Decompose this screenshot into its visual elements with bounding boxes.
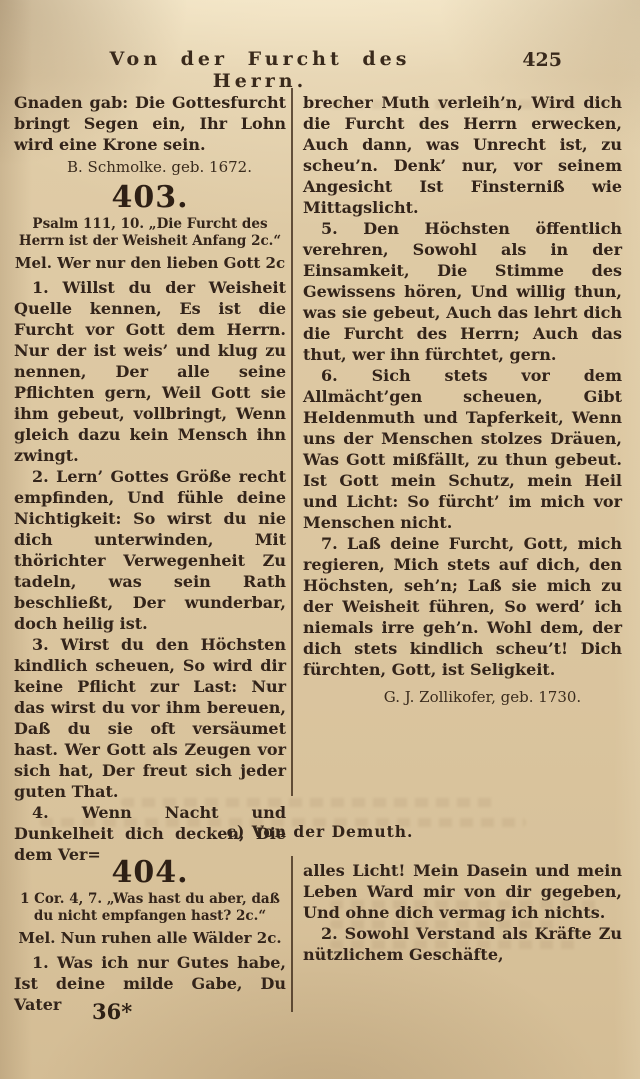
signature-mark: 36* — [92, 999, 132, 1024]
author-attribution-zollikofer: G. J. Zollikofer, geb. 1730. — [303, 688, 622, 706]
hymn-404-section: 404. 1 Cor. 4, 7. „Was hast du aber, daß… — [14, 856, 622, 1012]
hymn-403-melody-line: Mel. Wer nur den lieben Gott 2c — [14, 253, 286, 273]
hymn-404-verse-1-continuation: alles Licht! Mein Dasein und mein Leben … — [303, 860, 622, 923]
hymn-403-verse-7: 7. Laß deine Furcht, Gott, mich regieren… — [303, 533, 622, 680]
page-header: Von der Furcht des Herrn. 425 — [0, 48, 640, 74]
hymn-404-melody-line: Mel. Nun ruhen alle Wälder 2c. — [14, 928, 286, 948]
running-title: Von der Furcht des Herrn. — [60, 48, 460, 92]
hymnal-scanned-page: Von der Furcht des Herrn. 425 Gnaden gab… — [0, 0, 640, 1079]
hymn-403-verse-2: 2. Lern’ Gottes Größe recht empfinden, U… — [14, 466, 286, 634]
hymn-403-verse-6: 6. Sich stets vor dem Allmächt’gen scheu… — [303, 365, 622, 533]
hymn-404-scripture-citation: 1 Cor. 4, 7. „Was hast du aber, daß du n… — [18, 891, 282, 925]
right-column-404: alles Licht! Mein Dasein und mein Leben … — [293, 856, 622, 1012]
hymn-403-scripture-citation: Psalm 111, 10. „Die Furcht des Herrn ist… — [18, 216, 282, 250]
subsection-heading-demuth: c) Von der Demuth. — [0, 822, 640, 841]
hymn-404-number: 404. — [14, 856, 286, 889]
left-column-404: 404. 1 Cor. 4, 7. „Was hast du aber, daß… — [14, 856, 286, 1012]
right-column: brecher Muth verleih’n, Wird dich die Fu… — [293, 88, 622, 796]
previous-hymn-ending: Gnaden gab: Die Gottesfurcht bringt Sege… — [14, 92, 286, 155]
hymn-403-number: 403. — [14, 181, 286, 214]
hymn-403-verse-3: 3. Wirst du den Höchsten kindlich scheue… — [14, 634, 286, 802]
hymn-404-verse-1-partial: 1. Was ich nur Gutes habe, Ist deine mil… — [14, 952, 286, 1015]
page-number: 425 — [522, 49, 562, 71]
hymn-403-verse-1: 1. Willst du der Weisheit Quelle kennen,… — [14, 277, 286, 466]
hymn-403-section: Gnaden gab: Die Gottesfurcht bringt Sege… — [14, 88, 622, 796]
author-attribution-schmolke: B. Schmolke. geb. 1672. — [14, 158, 286, 176]
hymn-404-verse-2-partial: 2. Sowohl Verstand als Kräfte Zu nützlic… — [303, 923, 622, 965]
hymn-403-verse-5: 5. Den Höchsten öffentlich verehren, Sow… — [303, 218, 622, 365]
left-column: Gnaden gab: Die Gottesfurcht bringt Sege… — [14, 88, 286, 796]
hymn-403-verse-4-continuation: brecher Muth verleih’n, Wird dich die Fu… — [303, 92, 622, 218]
